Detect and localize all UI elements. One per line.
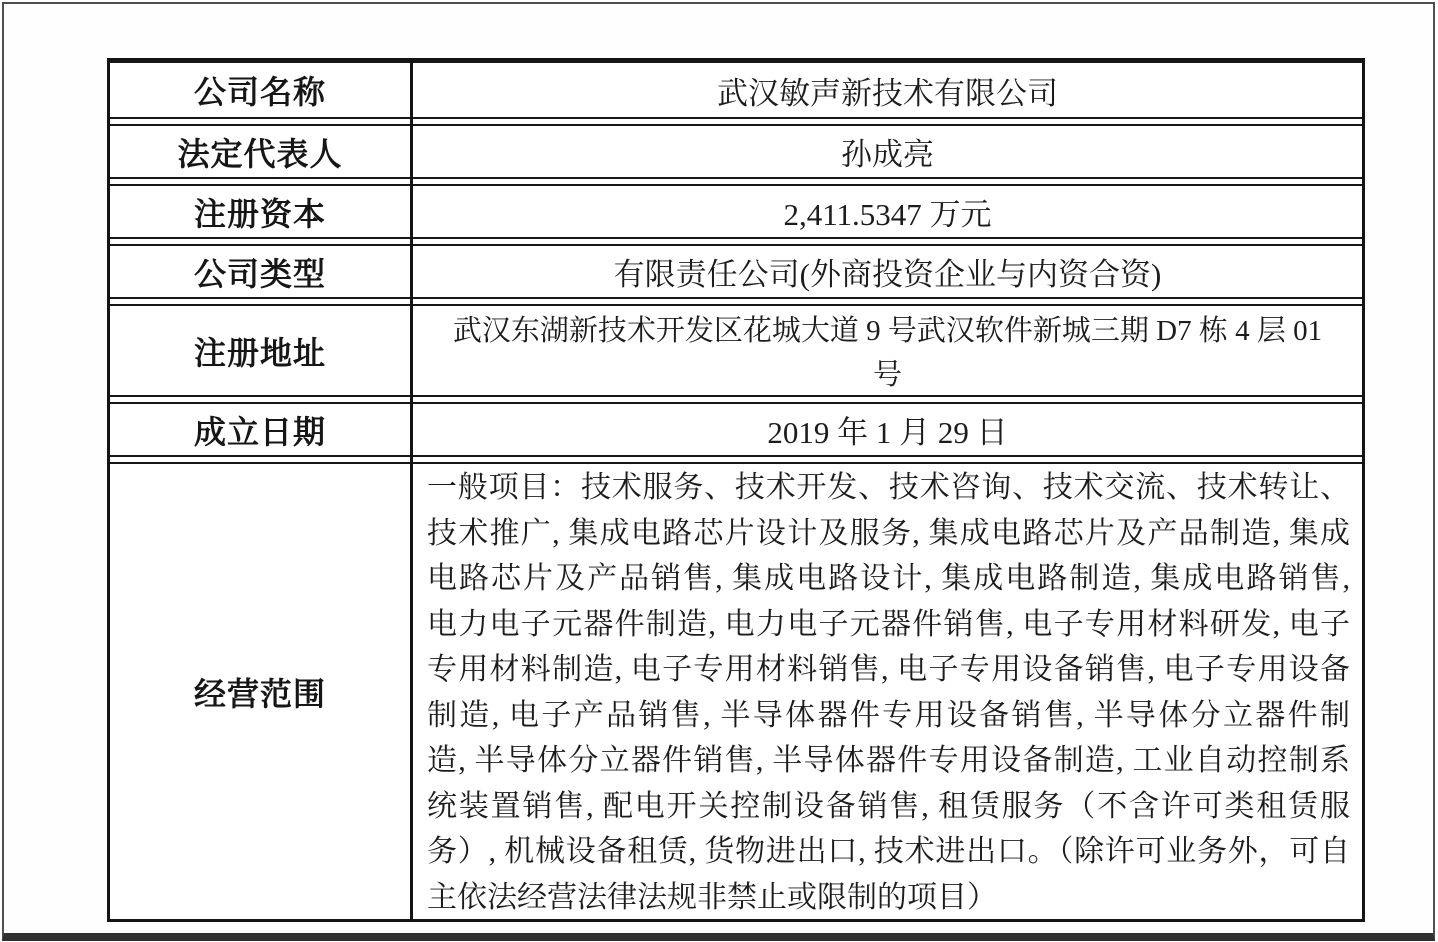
value-legal-representative: 孙成亮 (410, 126, 1362, 177)
label-business-scope: 经营范围 (110, 464, 410, 919)
value-business-scope: 一般项目：技术服务、技术开发、技术咨询、技术交流、技术转让、技术推广, 集成电路… (410, 464, 1362, 919)
value-registered-address: 武汉东湖新技术开发区花城大道 9 号武汉软件新城三期 D7 栋 4 层 01号 (410, 306, 1362, 395)
text-line: 主依法经营法律法规非禁止或限制的项目） (427, 875, 1350, 921)
table-row-registered-capital: 注册资本 2,411.5347 万元 (110, 184, 1362, 239)
table-row-company-type: 公司类型 有限责任公司(外商投资企业与内资合资) (110, 244, 1362, 299)
label-registered-capital: 注册资本 (110, 186, 410, 237)
column-divider (410, 61, 413, 919)
text-line: 一般项目：技术服务、技术开发、技术咨询、技术交流、技术转让、 (427, 465, 1350, 511)
text-line: 制造, 电子产品销售, 半导体器件专用设备销售, 半导体分立器件制 (427, 693, 1350, 739)
value-company-name: 武汉敏声新技术有限公司 (410, 63, 1362, 117)
text-line: 专用材料制造, 电子专用材料销售, 电子专用设备销售, 电子专用设备 (427, 647, 1350, 693)
text-line: 电路芯片及产品销售, 集成电路设计, 集成电路制造, 集成电路销售, (427, 556, 1350, 602)
text-line: 电力电子元器件制造, 电力电子元器件销售, 电子专用材料研发, 电子 (427, 602, 1350, 648)
company-info-table: 公司名称 武汉敏声新技术有限公司 法定代表人 孙成亮 注册资本 2,411.53… (107, 58, 1365, 922)
table-row-establishment-date: 成立日期 2019 年 1 月 29 日 (110, 402, 1362, 457)
label-establishment-date: 成立日期 (110, 404, 410, 455)
table-row-registered-address: 注册地址 武汉东湖新技术开发区花城大道 9 号武汉软件新城三期 D7 栋 4 层… (110, 304, 1362, 397)
scanned-document-page: 公司名称 武汉敏声新技术有限公司 法定代表人 孙成亮 注册资本 2,411.53… (2, 2, 1435, 941)
label-legal-representative: 法定代表人 (110, 126, 410, 177)
text-line: 号 (427, 353, 1348, 397)
text-line: 武汉东湖新技术开发区花城大道 9 号武汉软件新城三期 D7 栋 4 层 01 (427, 309, 1348, 353)
value-company-type: 有限责任公司(外商投资企业与内资合资) (410, 246, 1362, 297)
label-registered-address: 注册地址 (110, 306, 410, 395)
text-line: 务）, 机械设备租赁, 货物进出口, 技术进出口。（除许可业务外，可自 (427, 829, 1350, 875)
label-company-name: 公司名称 (110, 63, 410, 117)
table-row-legal-representative: 法定代表人 孙成亮 (110, 124, 1362, 179)
text-line: 技术推广, 集成电路芯片设计及服务, 集成电路芯片及产品制造, 集成 (427, 511, 1350, 557)
text-line: 造, 半导体分立器件销售, 半导体器件专用设备制造, 工业自动控制系 (427, 738, 1350, 784)
value-registered-capital: 2,411.5347 万元 (410, 186, 1362, 237)
label-company-type: 公司类型 (110, 246, 410, 297)
value-establishment-date: 2019 年 1 月 29 日 (410, 404, 1362, 455)
text-line: 统装置销售, 配电开关控制设备销售, 租赁服务（不含许可类租赁服 (427, 784, 1350, 830)
table-row-business-scope: 经营范围 一般项目：技术服务、技术开发、技术咨询、技术交流、技术转让、技术推广,… (110, 462, 1362, 919)
table-row-company-name: 公司名称 武汉敏声新技术有限公司 (110, 61, 1362, 119)
